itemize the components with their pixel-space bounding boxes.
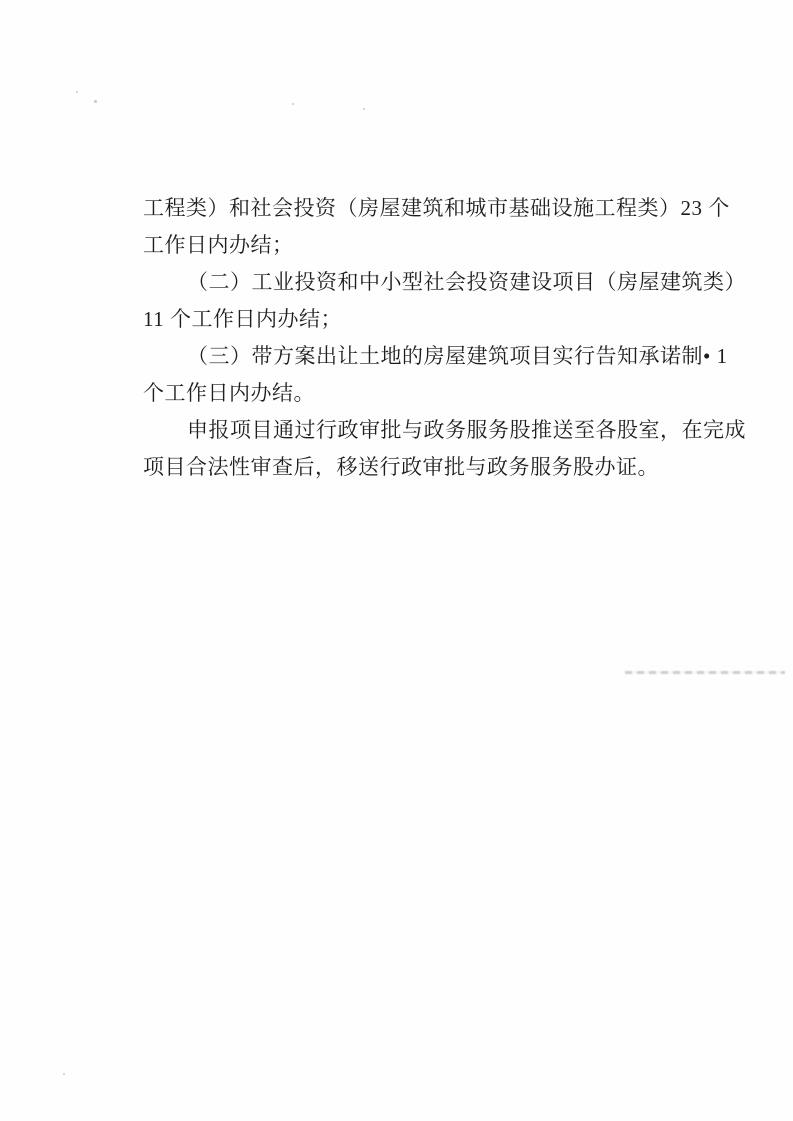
- text-line: 申报项目通过行政审批与政务服务股推送至各股室，在完成: [143, 412, 713, 449]
- text-line: （二）工业投资和中小型社会投资建设项目（房屋建筑类）: [143, 264, 713, 301]
- text-line: 工程类）和社会投资（房屋建筑和城市基础设施工程类）23 个: [143, 190, 713, 227]
- text-line: （三）带方案出让土地的房屋建筑项目实行告知承诺制• 1: [143, 338, 713, 375]
- text-line: 11 个工作日内办结；: [143, 301, 713, 338]
- scan-speck: [63, 1073, 65, 1075]
- scan-speck: [363, 108, 365, 110]
- scan-speck: [292, 103, 294, 105]
- text-line: 个工作日内办结。: [143, 375, 713, 412]
- scan-artifact-line: [625, 671, 785, 674]
- text-line: 项目合法性审查后，移送行政审批与政务服务股办证。: [143, 449, 713, 486]
- document-body: 工程类）和社会投资（房屋建筑和城市基础设施工程类）23 个 工作日内办结； （二…: [143, 190, 713, 486]
- text-line: 工作日内办结；: [143, 227, 713, 264]
- scan-speck: [94, 100, 97, 103]
- document-page: 工程类）和社会投资（房屋建筑和城市基础设施工程类）23 个 工作日内办结； （二…: [0, 0, 793, 1121]
- scan-speck: [76, 91, 78, 93]
